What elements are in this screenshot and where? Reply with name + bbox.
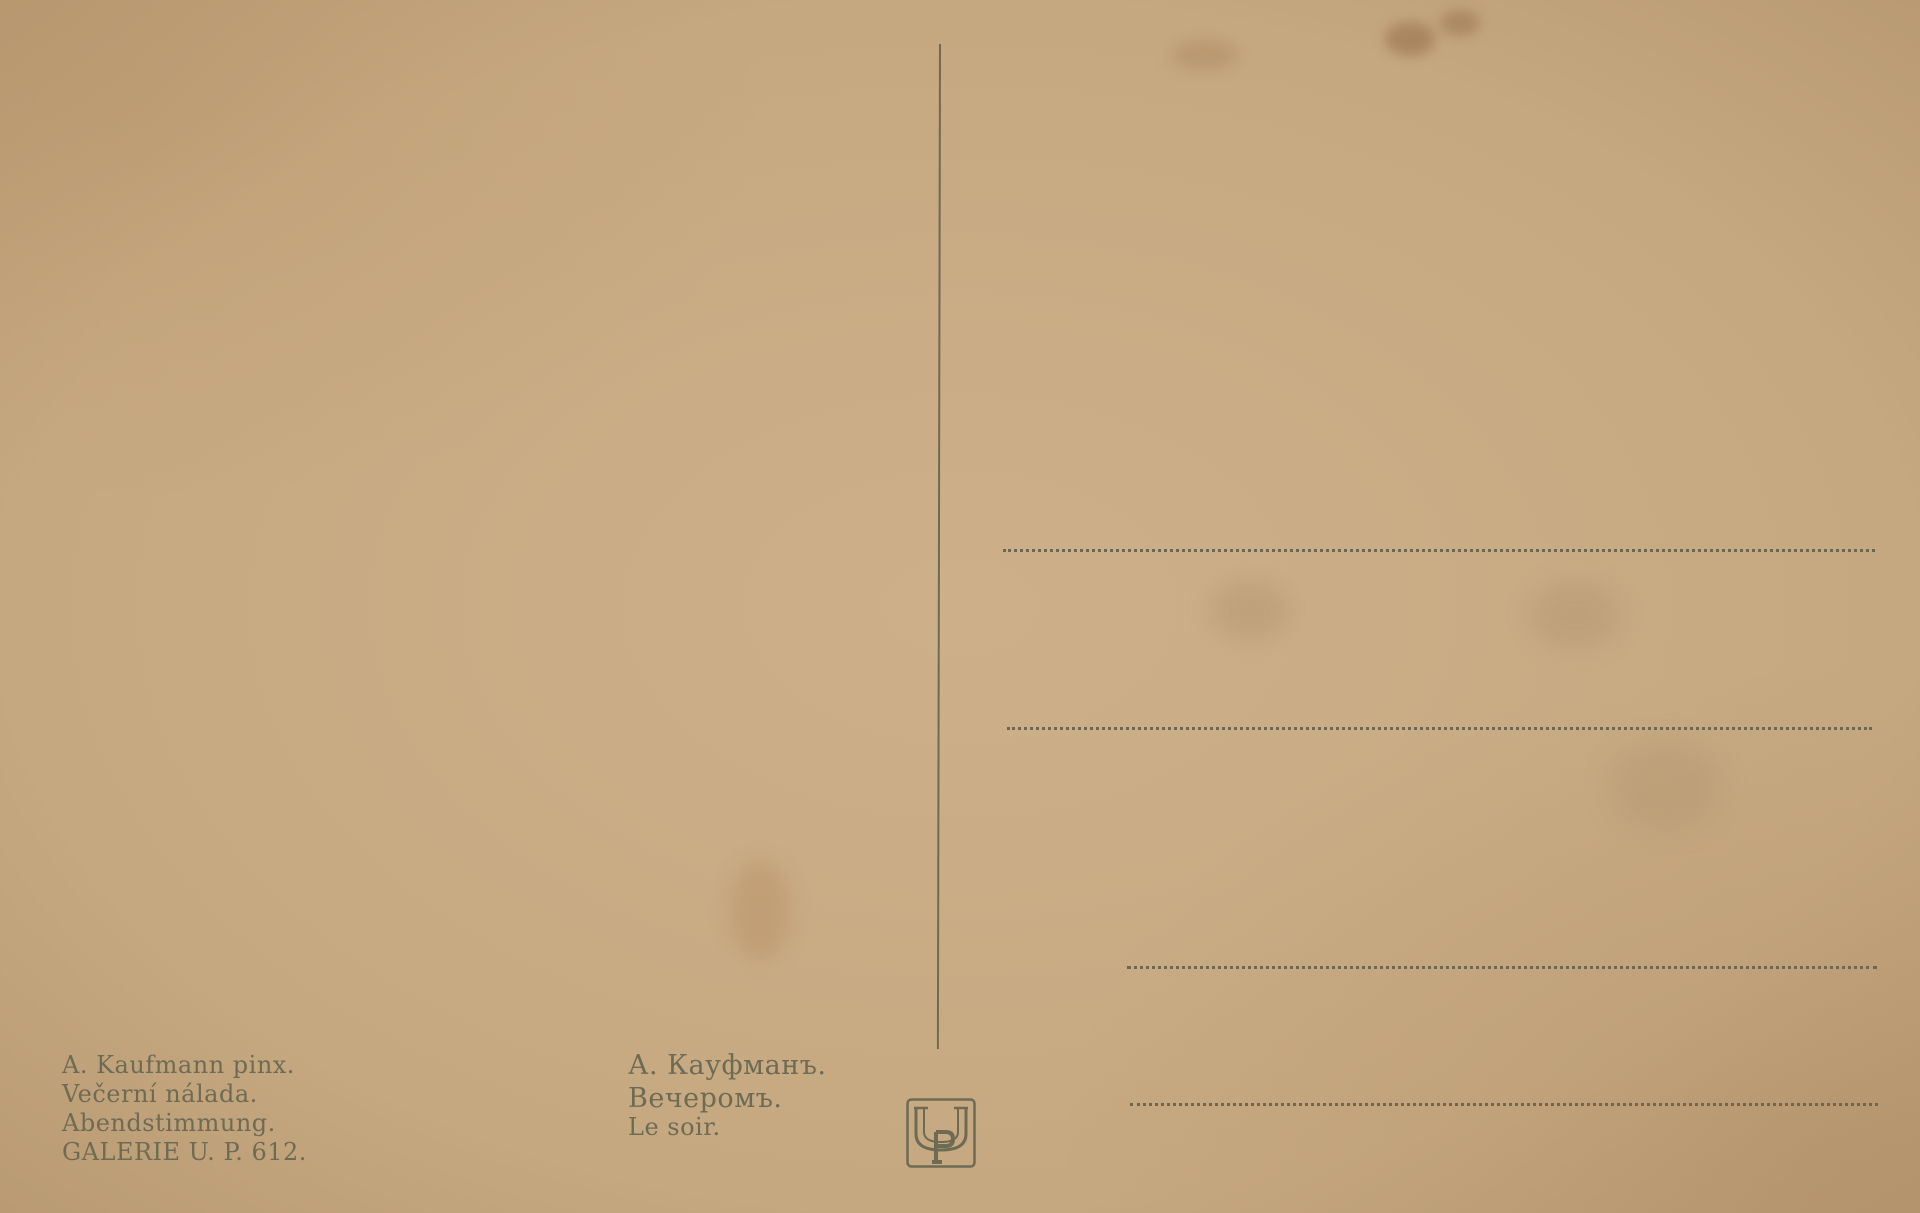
stain-top-right [1385, 22, 1435, 56]
address-line-1 [1003, 549, 1875, 552]
artist-credit: A. Kaufmann pinx. [62, 1051, 307, 1080]
postcard-back: A. Kaufmann pinx. Večerní nálada. Abends… [0, 0, 1920, 1213]
stain-right-2 [1530, 580, 1620, 650]
title-czech: Večerní nálada. [62, 1080, 307, 1109]
stain-top-center [1170, 40, 1240, 70]
title-russian: Вечеромъ. [628, 1084, 826, 1113]
title-german: Abendstimmung. [62, 1109, 307, 1138]
stain-right-1 [1210, 580, 1290, 640]
address-line-2 [1007, 727, 1872, 730]
stain-right-3 [1610, 740, 1720, 830]
up-monogram-icon [906, 1098, 976, 1168]
artist-credit-russian: А. Кауфманъ. [628, 1051, 826, 1080]
caption-middle: А. Кауфманъ. Вечеромъ. Le soir. [628, 1051, 826, 1142]
stain-center-left [730, 860, 790, 960]
address-line-3 [1127, 966, 1877, 969]
address-line-4 [1130, 1103, 1878, 1106]
title-french: Le soir. [628, 1113, 826, 1142]
gallery-number: GALERIE U. P. 612. [62, 1138, 307, 1167]
center-divider-line [937, 44, 941, 1049]
caption-left: A. Kaufmann pinx. Večerní nálada. Abends… [62, 1051, 307, 1167]
stain-top-right-2 [1440, 10, 1480, 36]
